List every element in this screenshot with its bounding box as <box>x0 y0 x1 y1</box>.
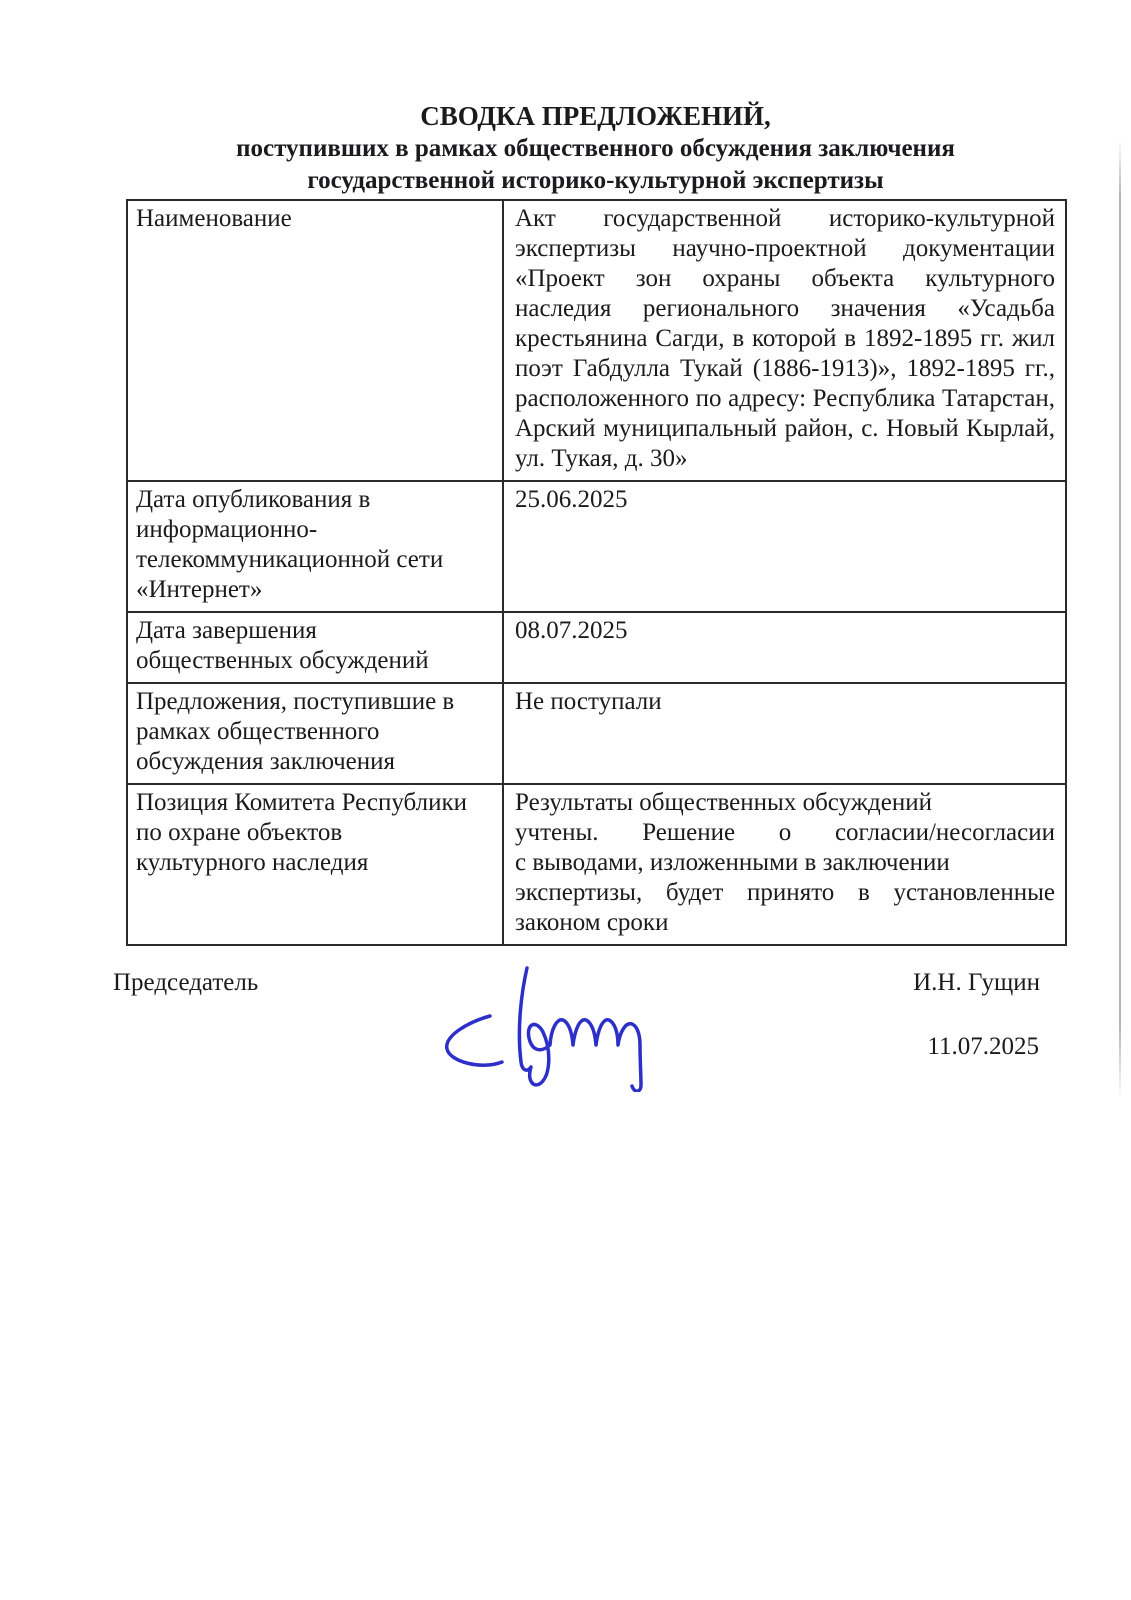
row-value-cell: Результаты общественных обсуждений учтен… <box>503 784 1066 945</box>
table-row: Наименование Акт государственной историк… <box>127 200 1066 481</box>
title-line-1: СВОДКА ПРЕДЛОЖЕНИЙ, <box>126 100 1065 133</box>
row-label-cell: Предложения, поступившие в рамках общест… <box>127 683 503 784</box>
row-value-line: Результаты общественных обсуждений <box>515 788 1055 818</box>
row-value-cell: Не поступали <box>503 683 1066 784</box>
row-label: Наименование <box>136 205 292 232</box>
row-label-cell: Позиция Комитета Республики по охране об… <box>127 784 503 945</box>
row-value: Акт государственной историко-культурной … <box>515 204 1055 474</box>
row-label-cell: Дата завершения общественных обсуждений <box>127 612 503 683</box>
row-value-cell: Акт государственной историко-культурной … <box>503 200 1066 481</box>
row-value: 08.07.2025 <box>515 616 1055 646</box>
row-value: 25.06.2025 <box>515 485 1055 515</box>
table-row: Дата опубликования в информационно-телек… <box>127 481 1066 612</box>
row-value-cell: 25.06.2025 <box>503 481 1066 612</box>
row-label: Позиция Комитета Республики по охране об… <box>136 789 467 876</box>
signature-icon <box>430 952 660 1092</box>
row-label-cell: Наименование <box>127 200 503 481</box>
signatory-name: И.Н. Гущин <box>913 968 1040 998</box>
row-value-line: учтены. Решение о согласии/несогласии <box>515 818 1055 848</box>
row-label: Предложения, поступившие в рамках общест… <box>136 688 454 775</box>
title-line-3: государственной историко-культурной эксп… <box>126 165 1065 197</box>
signatory-role: Председатель <box>113 968 258 998</box>
row-value-line: законом сроки <box>515 908 1055 938</box>
row-value-line: экспертизы, будет принято в установленны… <box>515 878 1055 908</box>
title-line-2: поступивших в рамках общественного обсуж… <box>126 133 1065 165</box>
signature-date: 11.07.2025 <box>927 1032 1039 1062</box>
row-value-cell: 08.07.2025 <box>503 612 1066 683</box>
row-label-cell: Дата опубликования в информационно-телек… <box>127 481 503 612</box>
table-row: Позиция Комитета Республики по охране об… <box>127 784 1066 945</box>
row-label: Дата завершения общественных обсуждений <box>136 617 429 674</box>
row-value-line: с выводами, изложенными в заключении <box>515 848 1055 878</box>
signature-stroke <box>447 968 641 1091</box>
table-row: Предложения, поступившие в рамках общест… <box>127 683 1066 784</box>
row-value: Не поступали <box>515 687 1055 717</box>
table-row: Дата завершения общественных обсуждений … <box>127 612 1066 683</box>
row-label: Дата опубликования в информационно-телек… <box>136 486 443 603</box>
scan-artifact-line <box>1119 140 1121 1100</box>
document-page: СВОДКА ПРЕДЛОЖЕНИЙ, поступивших в рамках… <box>0 0 1131 1600</box>
summary-table: Наименование Акт государственной историк… <box>126 199 1067 946</box>
document-title: СВОДКА ПРЕДЛОЖЕНИЙ, поступивших в рамках… <box>126 100 1065 197</box>
